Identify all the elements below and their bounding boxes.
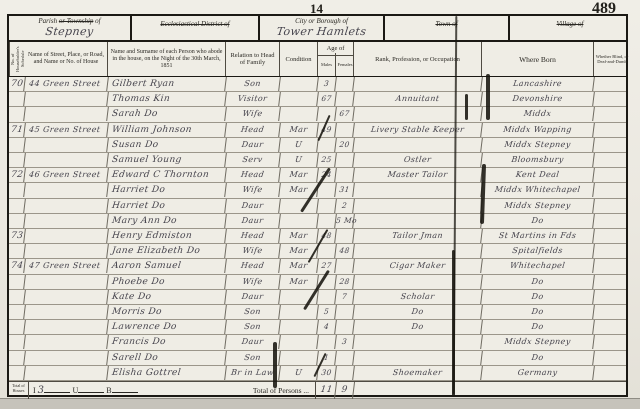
cell-address [24, 199, 109, 213]
cell-age-m: 67 [317, 92, 337, 106]
cell-age-m [317, 138, 337, 152]
cell-relation: Head [225, 168, 281, 182]
cell-blind [594, 183, 630, 197]
col-condition-header: Condition [280, 42, 318, 76]
cell-occupation [353, 107, 483, 121]
cell-age-f: 28 [335, 275, 355, 289]
cell-schedule [8, 335, 26, 349]
cell-occupation [353, 335, 483, 349]
cell-schedule [8, 244, 26, 258]
header-box-town: Town of [385, 16, 510, 40]
col-occupation-header: Rank, Profession, or Occupation [354, 42, 482, 76]
cell-address: 46 Green Street [24, 168, 109, 182]
cell-condition [279, 77, 319, 91]
cell-name: Mary Ann Do [107, 214, 227, 228]
census-row: 7246 Green StreetEdward C ThorntonHeadMa… [9, 168, 626, 183]
cell-occupation [353, 138, 483, 152]
cell-address [24, 183, 109, 197]
cell-schedule [8, 92, 26, 106]
cell-condition [279, 199, 319, 213]
col-schedule-header: No. of Householder's Schedule [9, 42, 25, 76]
cell-born: Middx Stepney [481, 335, 595, 349]
cell-age-f [335, 305, 355, 319]
cell-address [24, 107, 109, 121]
cell-relation: Son [225, 305, 281, 319]
census-row: Sarell DoSon1Do [9, 351, 626, 366]
cell-condition [279, 107, 319, 121]
cell-born: Do [481, 290, 595, 304]
cell-age-f: 5 Mo [335, 214, 355, 228]
cell-address: 45 Green Street [24, 123, 109, 137]
census-row: Thomas KinVisitor67AnnuitantDevonshire [9, 92, 626, 107]
cell-born: Spitalfields [481, 244, 595, 258]
cell-blind [594, 214, 630, 228]
cell-address [24, 275, 109, 289]
cell-age-m [317, 244, 337, 258]
cell-relation: Daur [225, 199, 281, 213]
cell-born: Do [481, 275, 595, 289]
totals-footer: Total of Houses I 3 U B Total of Persons… [9, 381, 626, 399]
cell-condition: U [279, 153, 319, 167]
census-scan-page: 14 489 Parish or Township of Stepney Ecc… [0, 0, 640, 409]
cell-condition: Mar [279, 123, 319, 137]
cell-condition: U [279, 366, 319, 380]
cell-age-f [335, 229, 355, 243]
cell-blind [594, 92, 630, 106]
cell-born: Middx [481, 107, 595, 121]
cell-age-f [335, 351, 355, 365]
ecclesiastical-label: Ecclesiastical District of [132, 20, 258, 29]
cell-schedule [8, 183, 26, 197]
cell-age-f [335, 153, 355, 167]
cell-address [24, 320, 109, 334]
cell-occupation: Scholar [353, 290, 483, 304]
cell-born: Lancashire [481, 77, 595, 91]
cell-condition: Mar [279, 275, 319, 289]
houses-uninhabited-label: U [72, 386, 78, 395]
cell-age-f [335, 77, 355, 91]
cell-blind [594, 259, 630, 273]
cell-age-m [317, 214, 337, 228]
town-label: Town of [385, 20, 508, 29]
cell-occupation: Do [353, 305, 483, 319]
cell-age-f: 3 [335, 335, 355, 349]
total-persons-label: Total of Persons ... [253, 386, 309, 395]
cell-relation: Head [225, 229, 281, 243]
cell-name: Jane Elizabeth Do [107, 244, 227, 258]
cell-born: Middx Wapping [481, 123, 595, 137]
cell-schedule [8, 138, 26, 152]
census-row: Lawrence DoSon4DoDo [9, 320, 626, 335]
census-row: 7145 Green StreetWilliam JohnsonHeadMar4… [9, 123, 626, 138]
col-relation-header: Relation to Head of Family [226, 42, 280, 76]
cell-blind [594, 366, 630, 380]
cell-schedule: 72 [8, 168, 26, 182]
cell-name: Aaron Samuel [107, 259, 227, 273]
cell-occupation [353, 275, 483, 289]
cell-blind [594, 305, 630, 319]
cell-schedule: 71 [8, 123, 26, 137]
census-row: Samuel YoungServU25OstlerBloomsbury [9, 153, 626, 168]
census-row: Mary Ann DoDaur5 MoDo [9, 214, 626, 229]
cell-blind [594, 153, 630, 167]
cell-age-m: 5 [317, 305, 337, 319]
cell-relation: Visitor [225, 92, 281, 106]
cell-age-f: 67 [335, 107, 355, 121]
col-blind-header: Whether Blind, or Deaf-and-Dumb [594, 42, 630, 76]
cell-age-m [317, 290, 337, 304]
census-row: Harriet DoDaur2Middx Stepney [9, 199, 626, 214]
cell-schedule [8, 214, 26, 228]
cell-born: Do [481, 305, 595, 319]
cell-schedule [8, 366, 26, 380]
cell-blind [594, 199, 630, 213]
houses-inhabited-value: 3 [38, 385, 45, 396]
cell-relation: Wife [225, 183, 281, 197]
cell-age-f [335, 123, 355, 137]
cell-relation: Head [225, 123, 281, 137]
total-houses-values: I 3 U B [33, 385, 138, 396]
cell-relation: Wife [225, 244, 281, 258]
col-address-header: Name of Street, Place, or Road, and Name… [25, 42, 108, 76]
cell-name: Gilbert Ryan [107, 77, 227, 91]
census-table: Parish or Township of Stepney Ecclesiast… [7, 14, 628, 397]
cell-born: Kent Deal [481, 168, 595, 182]
cell-occupation: Do [353, 320, 483, 334]
cell-age-f [335, 366, 355, 380]
col-born-header: Where Born [482, 42, 594, 76]
cell-condition [279, 351, 319, 365]
village-label: Village of [510, 20, 630, 29]
cell-born: Whitechapel [481, 259, 595, 273]
cell-name: Morris Do [107, 305, 227, 319]
cell-occupation [353, 183, 483, 197]
cell-relation: Daur [225, 138, 281, 152]
cell-condition: Mar [279, 168, 319, 182]
cell-blind [594, 351, 630, 365]
cell-schedule: 73 [8, 229, 26, 243]
cell-age-f: 20 [335, 138, 355, 152]
cell-schedule [8, 153, 26, 167]
cell-relation: Wife [225, 107, 281, 121]
cell-condition: Mar [279, 259, 319, 273]
cell-blind [594, 107, 630, 121]
cell-born: St Martins in Fds [481, 229, 595, 243]
cell-schedule: 74 [8, 259, 26, 273]
cell-blind [594, 123, 630, 137]
ink-stroke-vertical [452, 250, 455, 396]
cell-condition [279, 335, 319, 349]
header-box-ecclesiastical: Ecclesiastical District of [132, 16, 260, 40]
ink-stroke-vertical [273, 342, 277, 388]
cell-age-f: 48 [335, 244, 355, 258]
cell-name: Sarell Do [107, 351, 227, 365]
cell-age-f [335, 259, 355, 273]
cell-blind [594, 229, 630, 243]
cell-condition [279, 320, 319, 334]
cell-relation: Serv [225, 153, 281, 167]
cell-name: Kate Do [107, 290, 227, 304]
cell-age-f: 7 [335, 290, 355, 304]
cell-blind [594, 244, 630, 258]
cell-schedule [8, 290, 26, 304]
cell-address [24, 138, 109, 152]
cell-blind [594, 320, 630, 334]
cell-relation: Son [225, 77, 281, 91]
ink-stroke-vertical [486, 74, 490, 120]
col-name-header: Name and Surname of each Person who abod… [108, 42, 226, 76]
cell-name: Susan Do [107, 138, 227, 152]
cell-born: Devonshire [481, 92, 595, 106]
cell-relation: Head [225, 259, 281, 273]
cell-age-m: 25 [317, 153, 337, 167]
cell-relation: Wife [225, 275, 281, 289]
cell-name: Phoebe Do [107, 275, 227, 289]
col-age-header: Age of Males Females [318, 42, 354, 76]
cell-name: Harriet Do [107, 183, 227, 197]
cell-born: Germany [481, 366, 595, 380]
cell-condition [279, 305, 319, 319]
cell-address [24, 290, 109, 304]
cell-occupation [353, 351, 483, 365]
cell-schedule [8, 107, 26, 121]
cell-address [24, 351, 109, 365]
cell-condition: Mar [279, 229, 319, 243]
cell-occupation: Ostler [353, 153, 483, 167]
age-males-label: Males [318, 53, 336, 76]
total-houses-box: Total of Houses I 3 U B Total of Persons… [9, 382, 316, 399]
cell-name: Lawrence Do [107, 320, 227, 334]
cell-address [24, 366, 109, 380]
cell-blind [594, 77, 630, 91]
cell-blind [594, 335, 630, 349]
houses-building-label: B [106, 386, 111, 395]
cell-condition [279, 214, 319, 228]
cell-occupation: Cigar Maker [353, 259, 483, 273]
cell-age-m [317, 335, 337, 349]
census-row: Francis DoDaur3Middx Stepney [9, 335, 626, 350]
cell-blind [594, 290, 630, 304]
cell-occupation [353, 214, 483, 228]
cell-occupation: Tailor Jman [353, 229, 483, 243]
header-box-village: Village of [510, 16, 630, 40]
cell-age-f [335, 320, 355, 334]
cell-address: 44 Green Street [24, 77, 109, 91]
parish-value: Stepney [9, 25, 131, 38]
census-rows: 7044 Green StreetGilbert RyanSon3Lancash… [9, 77, 626, 381]
total-persons-female: 9 [335, 382, 355, 399]
cell-age-f [335, 92, 355, 106]
cell-condition: U [279, 138, 319, 152]
total-persons-male: 11 [317, 382, 337, 399]
cell-age-m: 4 [317, 320, 337, 334]
cell-age-f: 31 [335, 183, 355, 197]
cell-name: Thomas Kin [107, 92, 227, 106]
cell-schedule [8, 199, 26, 213]
cell-address [24, 335, 109, 349]
census-row: Kate DoDaur7ScholarDo [9, 290, 626, 305]
header-box-borough: City or Borough of Tower Hamlets [260, 16, 385, 40]
cell-name: Samuel Young [107, 153, 227, 167]
cell-age-f: 2 [335, 199, 355, 213]
cell-address [24, 214, 109, 228]
cell-born: Do [481, 351, 595, 365]
cell-occupation: Livery Stable Keeper [353, 123, 483, 137]
cell-name: William Johnson [107, 123, 227, 137]
census-row: Sarah DoWife67Middx [9, 107, 626, 122]
column-headers: No. of Householder's Schedule Name of St… [9, 40, 626, 77]
cell-blind [594, 168, 630, 182]
cell-occupation: Master Tailor [353, 168, 483, 182]
cell-name: Elisha Gottrel [107, 366, 227, 380]
cell-occupation: Shoemaker [353, 366, 483, 380]
cell-age-m: 3 [317, 77, 337, 91]
cell-schedule [8, 320, 26, 334]
cell-occupation [353, 199, 483, 213]
census-row: 73Henry EdmistonHeadMar48Tailor JmanSt M… [9, 229, 626, 244]
cell-born: Middx Stepney [481, 199, 595, 213]
cell-age-f [335, 168, 355, 182]
cell-name: Sarah Do [107, 107, 227, 121]
age-females-label: Females [336, 53, 354, 76]
cell-blind [594, 275, 630, 289]
houses-inhabited-label: I [33, 386, 36, 395]
cell-schedule [8, 351, 26, 365]
cell-address [24, 305, 109, 319]
total-houses-label: Total of Houses [9, 382, 29, 399]
cell-born: Middx Whitechapel [481, 183, 595, 197]
census-row: 7447 Green StreetAaron SamuelHeadMar27Ci… [9, 259, 626, 274]
cell-schedule: 70 [8, 77, 26, 91]
cell-address [24, 92, 109, 106]
cell-born: Do [481, 320, 595, 334]
cell-name: Harriet Do [107, 199, 227, 213]
cell-relation: Son [225, 320, 281, 334]
ink-stroke-vertical [465, 94, 468, 120]
header-box-parish: Parish or Township of Stepney [9, 16, 132, 40]
cell-occupation [353, 244, 483, 258]
cell-condition [279, 92, 319, 106]
cell-age-m: 30 [317, 366, 337, 380]
borough-value: Tower Hamlets [260, 25, 384, 38]
cell-occupation [353, 77, 483, 91]
cell-born: Do [481, 214, 595, 228]
cell-born: Middx Stepney [481, 138, 595, 152]
cell-occupation: Annuitant [353, 92, 483, 106]
census-row: 7044 Green StreetGilbert RyanSon3Lancash… [9, 77, 626, 92]
cell-born: Bloomsbury [481, 153, 595, 167]
cell-address [24, 244, 109, 258]
cell-name: Francis Do [107, 335, 227, 349]
cell-schedule [8, 275, 26, 289]
cell-age-m [317, 199, 337, 213]
cell-address [24, 153, 109, 167]
cell-relation: Daur [225, 214, 281, 228]
cell-address [24, 229, 109, 243]
cell-address: 47 Green Street [24, 259, 109, 273]
census-row: Morris DoSon5DoDo [9, 305, 626, 320]
cell-name: Henry Edmiston [107, 229, 227, 243]
cell-schedule [8, 305, 26, 319]
cell-blind [594, 138, 630, 152]
cell-relation: Daur [225, 290, 281, 304]
cell-name: Edward C Thornton [107, 168, 227, 182]
